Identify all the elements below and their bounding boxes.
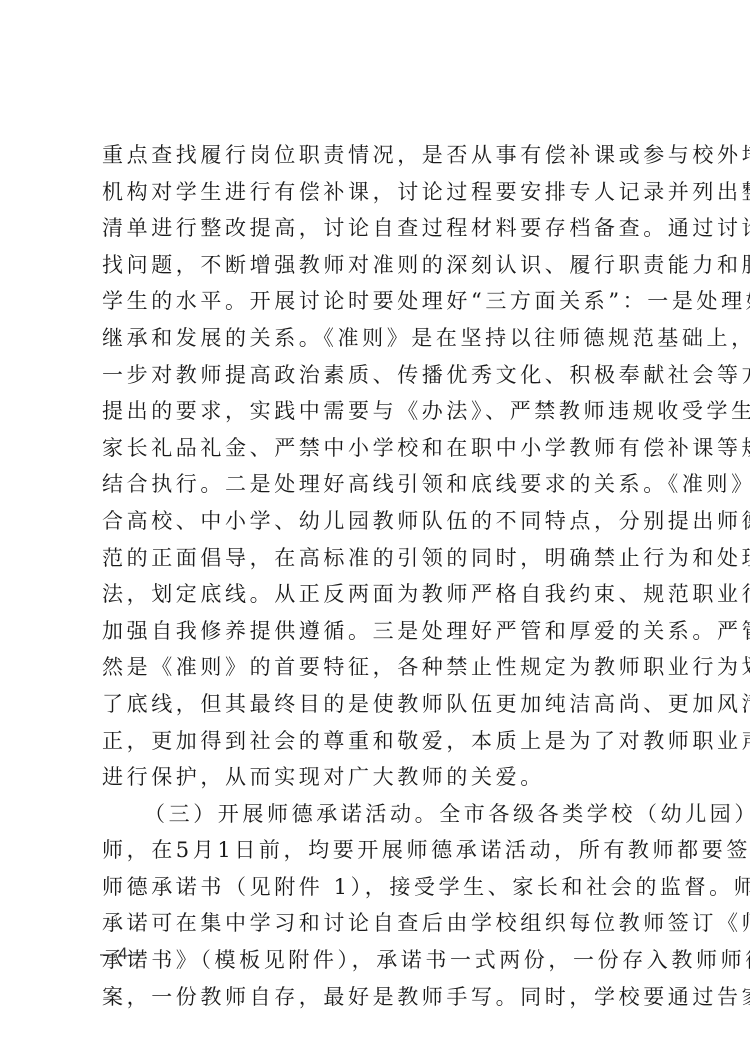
text-line: 机构对学生进行有偿补课，讨论过程要安排专人记录并列出整改	[102, 174, 654, 211]
text-line: 结合执行。二是处理好高线引领和底线要求的关系。《准则》结	[102, 466, 654, 503]
text-line: 承诺书》（模板见附件），承诺书一式两份，一份存入教师师德档	[102, 942, 654, 979]
body-text: 重点查找履行岗位职责情况，是否从事有偿补课或参与校外培训 机构对学生进行有偿补课…	[102, 137, 662, 1015]
text-line: 案，一份教师自存，最好是教师手写。同时，学校要通过告家长	[102, 979, 654, 1016]
text-line: 重点查找履行岗位职责情况，是否从事有偿补课或参与校外培训	[102, 137, 654, 174]
text-line: 提出的要求，实践中需要与《办法》、严禁教师违规收受学生及	[102, 393, 654, 430]
text-line: 找问题，不断增强教师对准则的深刻认识、履行职责能力和服务	[102, 247, 654, 284]
document-page: 重点查找履行岗位职责情况，是否从事有偿补课或参与校外培训 机构对学生进行有偿补课…	[0, 0, 750, 1061]
text-line: 然是《准则》的首要特征，各种禁止性规定为教师职业行为划出	[102, 649, 654, 686]
text-line: 清单进行整改提高，讨论自查过程材料要存档备查。通过讨论查	[102, 210, 654, 247]
text-line: 家长礼品礼金、严禁中小学校和在职中小学教师有偿补课等规定	[102, 430, 654, 467]
text-line: 承诺可在集中学习和讨论自查后由学校组织每位教师签订《师德	[102, 905, 654, 942]
page-number: —4—	[100, 944, 146, 964]
text-line: 进行保护，从而实现对广大教师的关爱。	[102, 759, 654, 796]
text-line: 范的正面倡导，在高标准的引领的同时，明确禁止行为和处理办	[102, 540, 654, 577]
text-line: 加强自我修养提供遵循。三是处理好严管和厚爱的关系。严管虽	[102, 613, 654, 650]
text-line: 一步对教师提高政治素质、传播优秀文化、积极奉献社会等方面	[102, 357, 654, 394]
text-line: 师德承诺书（见附件 1），接受学生、家长和社会的监督。师德	[102, 869, 654, 906]
section-heading-line: （三）开展师德承诺活动。全市各级各类学校（幼儿园）教	[102, 796, 654, 833]
text-line: 师，在5月1日前，均要开展师德承诺活动，所有教师都要签订	[102, 832, 654, 869]
text-line: 继承和发展的关系。《准则》是在坚持以往师德规范基础上，进	[102, 320, 654, 357]
text-line: 法，划定底线。从正反两面为教师严格自我约束、规范职业行为、	[102, 576, 654, 613]
text-line: 正，更加得到社会的尊重和敬爱，本质上是为了对教师职业声誉	[102, 723, 654, 760]
text-line: 学生的水平。开展讨论时要处理好“三方面关系”：一是处理好	[102, 283, 654, 320]
text-line: 了底线，但其最终目的是使教师队伍更加纯洁高尚、更加风清气	[102, 686, 654, 723]
text-line: 合高校、中小学、幼儿园教师队伍的不同特点，分别提出师德规	[102, 503, 654, 540]
